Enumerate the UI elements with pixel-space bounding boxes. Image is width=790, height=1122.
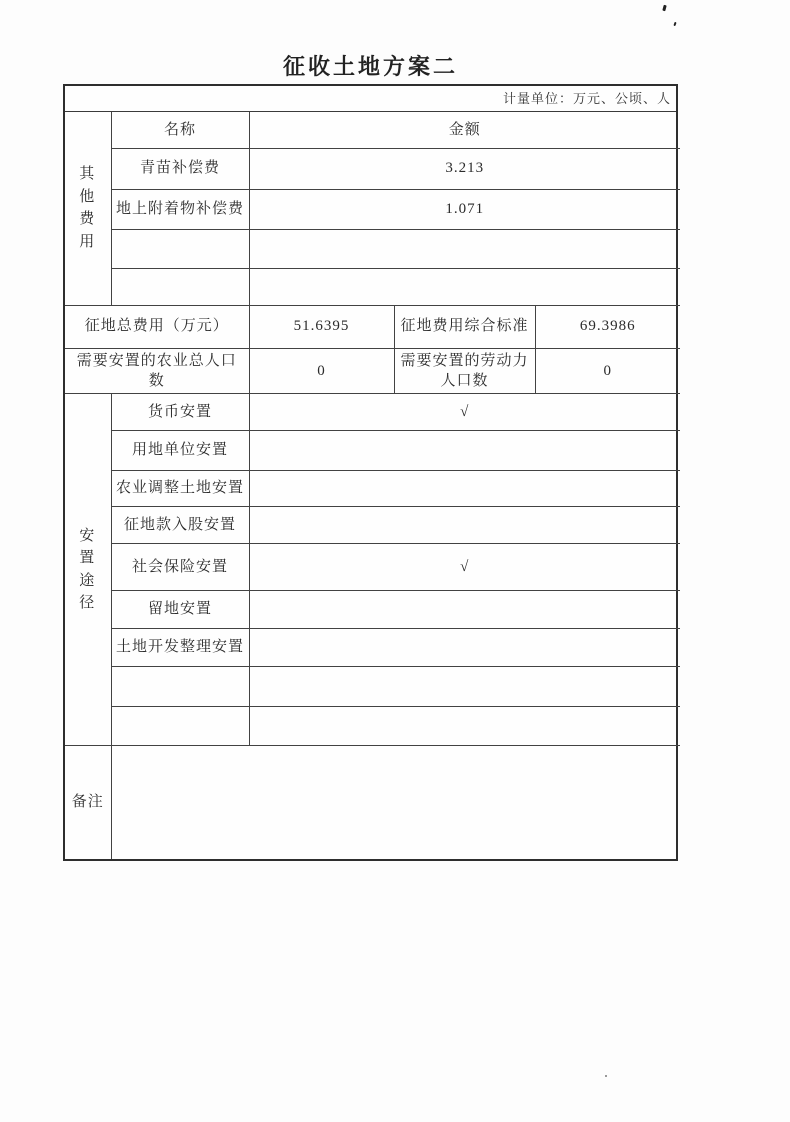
labor-population-label: 需要安置的劳动力人口数 xyxy=(394,348,535,394)
resettlement-check-cell xyxy=(249,629,680,667)
header-cell-name: 名称 xyxy=(111,112,249,148)
section-label-resettlement: 安 置 途 径 xyxy=(65,394,111,746)
table-row: 农业调整土地安置 xyxy=(65,471,680,507)
resettlement-method-cell: 留地安置 xyxy=(111,591,249,629)
resettlement-check-cell: √ xyxy=(249,394,680,431)
resettlement-method-cell: 征地款入股安置 xyxy=(111,507,249,544)
table-row: 社会保险安置 √ xyxy=(65,544,680,591)
table-row: 备注 xyxy=(65,746,680,859)
fee-name-cell xyxy=(111,268,249,305)
total-fee-value: 51.6395 xyxy=(249,305,394,348)
measurement-unit-note: 计量单位：万元、公顷、人 xyxy=(65,86,676,112)
scan-artifact xyxy=(673,22,676,26)
section-label-line: 费 用 xyxy=(69,208,107,253)
page-title: 征收土地方案二 xyxy=(63,50,678,85)
resettlement-method-cell: 用地单位安置 xyxy=(111,431,249,471)
resettlement-check-cell xyxy=(249,471,680,507)
fee-amount-cell: 3.213 xyxy=(249,148,680,189)
agri-population-label: 需要安置的农业总人口数 xyxy=(65,348,249,394)
section-label-line: 安 置 xyxy=(69,525,107,570)
table-row: 留地安置 xyxy=(65,591,680,629)
table-row: 用地单位安置 xyxy=(65,431,680,471)
resettlement-method-cell: 土地开发整理安置 xyxy=(111,629,249,667)
table-row: 青苗补偿费 3.213 xyxy=(65,148,680,189)
form-grid: 其 他 费 用 名称 金额 青苗补偿费 3.213 地上附着物补偿费 1.071 xyxy=(65,112,680,859)
resettlement-method-cell: 农业调整土地安置 xyxy=(111,471,249,507)
total-fee-label: 征地总费用（万元） xyxy=(65,305,249,348)
table-row xyxy=(65,707,680,746)
section-label-line: 其 他 xyxy=(69,163,107,208)
section-label-other-fees: 其 他 费 用 xyxy=(65,112,111,305)
resettlement-check-cell xyxy=(249,667,680,707)
table-row: 征地款入股安置 xyxy=(65,507,680,544)
resettlement-check-cell: √ xyxy=(249,544,680,591)
header-cell-amount: 金额 xyxy=(249,112,680,148)
labor-population-value: 0 xyxy=(535,348,680,394)
resettlement-check-cell xyxy=(249,431,680,471)
agri-population-value: 0 xyxy=(249,348,394,394)
table-row xyxy=(65,667,680,707)
resettlement-method-cell xyxy=(111,707,249,746)
standard-value: 69.3986 xyxy=(535,305,680,348)
resettlement-method-cell: 社会保险安置 xyxy=(111,544,249,591)
resettlement-method-cell xyxy=(111,667,249,707)
resettlement-check-cell xyxy=(249,591,680,629)
section-label-line: 途 径 xyxy=(69,570,107,615)
standard-label: 征地费用综合标准 xyxy=(394,305,535,348)
scan-artifact xyxy=(605,1075,607,1077)
table-row xyxy=(65,268,680,305)
page-title-text: 征收土地方案二 xyxy=(281,50,460,85)
table-row: 安 置 途 径 货币安置 √ xyxy=(65,394,680,431)
resettlement-method-cell: 货币安置 xyxy=(111,394,249,431)
fee-amount-cell xyxy=(249,268,680,305)
fee-name-cell xyxy=(111,229,249,268)
table-row: 地上附着物补偿费 1.071 xyxy=(65,189,680,229)
land-acquisition-form-table: 计量单位：万元、公顷、人 其 他 费 用 名称 金额 青苗补偿费 3.213 地… xyxy=(63,84,678,861)
fee-name-cell: 地上附着物补偿费 xyxy=(111,189,249,229)
fee-amount-cell xyxy=(249,229,680,268)
table-row xyxy=(65,229,680,268)
table-row: 征地总费用（万元） 51.6395 征地费用综合标准 69.3986 xyxy=(65,305,680,348)
table-row: 其 他 费 用 名称 金额 xyxy=(65,112,680,148)
scan-artifact xyxy=(662,5,666,12)
fee-name-cell: 青苗补偿费 xyxy=(111,148,249,189)
resettlement-check-cell xyxy=(249,707,680,746)
remarks-content xyxy=(111,746,680,859)
table-row: 需要安置的农业总人口数 0 需要安置的劳动力人口数 0 xyxy=(65,348,680,394)
fee-amount-cell: 1.071 xyxy=(249,189,680,229)
remarks-label: 备注 xyxy=(65,746,111,859)
table-row: 土地开发整理安置 xyxy=(65,629,680,667)
resettlement-check-cell xyxy=(249,507,680,544)
